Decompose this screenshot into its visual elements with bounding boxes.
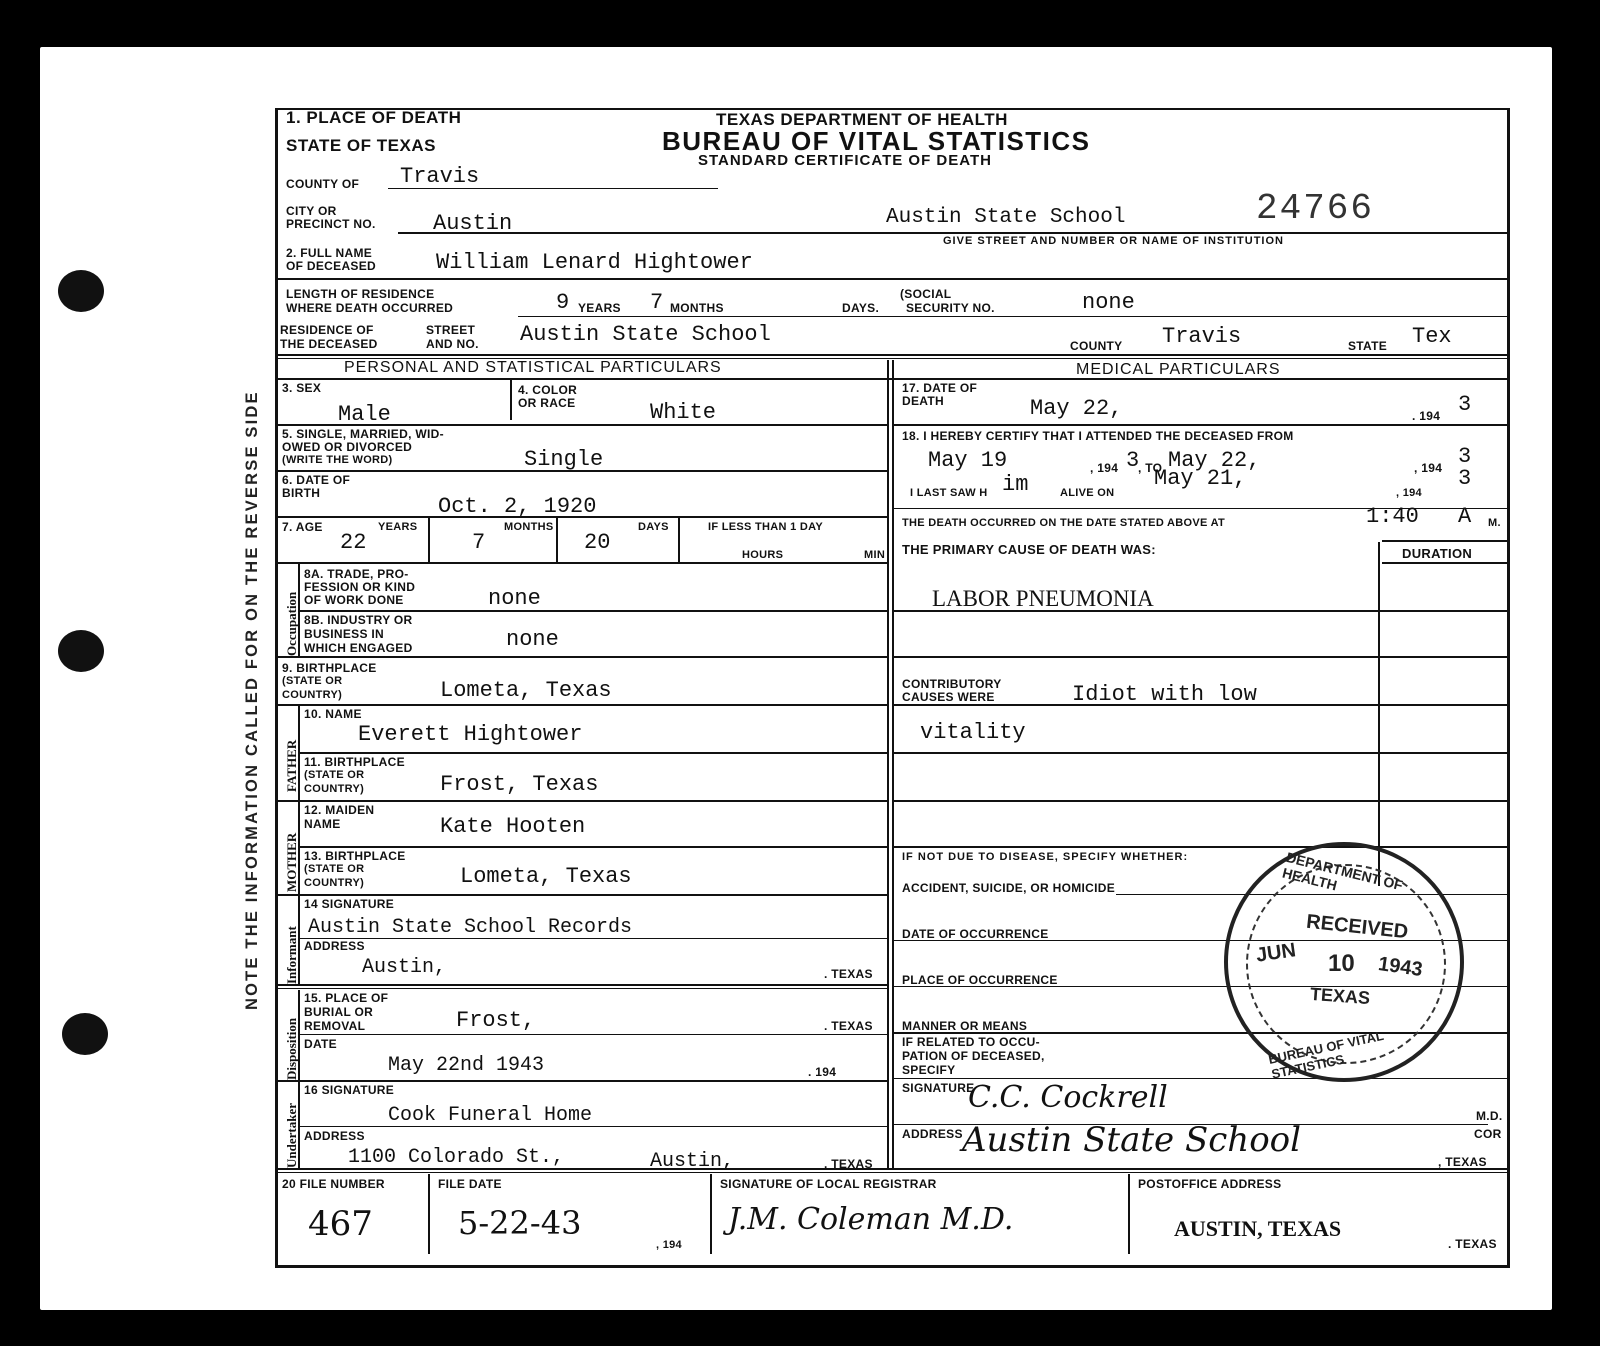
marital-label-3: (WRITE THE WORD) bbox=[282, 455, 393, 466]
mother-birthplace-label-3: COUNTRY) bbox=[304, 878, 364, 889]
mother-birthplace: Lometa, Texas bbox=[460, 864, 632, 889]
primary-cause: LABOR PNEUMONIA bbox=[932, 586, 1154, 612]
accident-label: ACCIDENT, SUICIDE, OR HOMICIDE bbox=[902, 882, 1115, 894]
age-label: 7. AGE bbox=[282, 521, 323, 533]
punch-hole bbox=[58, 630, 104, 672]
industry-label-3: WHICH ENGAGED bbox=[304, 642, 413, 654]
place-of-death-label: 1. PLACE OF DEATH bbox=[286, 108, 461, 128]
institution-value: Austin State School bbox=[886, 206, 1125, 229]
county-value: Travis bbox=[400, 164, 479, 189]
texas-label: . TEXAS bbox=[824, 1020, 873, 1032]
reverse-side-note: NOTE THE INFORMATION CALLED FOR ON THE R… bbox=[243, 390, 262, 1010]
last-saw-date: May 21, bbox=[1154, 466, 1246, 491]
burial-date-label: DATE bbox=[304, 1038, 337, 1050]
age-years: 22 bbox=[340, 530, 366, 555]
cor-label: COR bbox=[1474, 1128, 1502, 1140]
certificate-number: 24766 bbox=[1256, 188, 1374, 229]
trade-label-2: FESSION OR KIND bbox=[304, 581, 415, 593]
registrar-signature-label: SIGNATURE OF LOCAL REGISTRAR bbox=[720, 1178, 937, 1190]
father-birthplace-label-1: 11. BIRTHPLACE bbox=[304, 756, 405, 768]
age-years-label: YEARS bbox=[378, 522, 417, 533]
file-date-suffix: , 194 bbox=[656, 1240, 682, 1251]
deceased-name: William Lenard Hightower bbox=[436, 250, 753, 275]
postoffice-label: POSTOFFICE ADDRESS bbox=[1138, 1178, 1281, 1190]
occurrence-place-label: PLACE OF OCCURRENCE bbox=[902, 974, 1058, 986]
received-stamp: DEPARTMENT OF HEALTH RECEIVED JUN 10 194… bbox=[1224, 842, 1464, 1082]
punch-hole bbox=[58, 270, 104, 312]
age-months-label: MONTHS bbox=[504, 522, 553, 533]
residence-label-1: RESIDENCE OF bbox=[280, 324, 374, 336]
file-number-label: 20 FILE NUMBER bbox=[282, 1178, 385, 1190]
state-label: STATE OF TEXAS bbox=[286, 136, 436, 156]
father-name-label: 10. NAME bbox=[304, 708, 362, 720]
dod-year: 3 bbox=[1458, 392, 1471, 417]
min-label: MIN bbox=[864, 550, 885, 561]
md-label: M.D. bbox=[1476, 1110, 1503, 1122]
race-label-1: 4. COLOR bbox=[518, 384, 577, 396]
race-label-2: OR RACE bbox=[518, 397, 575, 409]
marital-label-2: OWED OR DIVORCED bbox=[282, 441, 412, 453]
primary-cause-label: THE PRIMARY CAUSE OF DEATH WAS: bbox=[902, 544, 1156, 556]
mother-birthplace-label-1: 13. BIRTHPLACE bbox=[304, 850, 406, 862]
less-than-day-label: IF LESS THAN 1 DAY bbox=[708, 522, 823, 533]
dob-label-1: 6. DATE OF bbox=[282, 474, 350, 486]
alive-on-label: ALIVE ON bbox=[1060, 488, 1114, 499]
race-value: White bbox=[650, 400, 716, 425]
manner-label: MANNER OR MEANS bbox=[902, 1020, 1027, 1032]
father-name: Everett Hightower bbox=[358, 722, 582, 747]
last-saw-label: I LAST SAW H bbox=[910, 488, 988, 499]
time-of-death-label: THE DEATH OCCURRED ON THE DATE STATED AB… bbox=[902, 518, 1225, 529]
certify-label: 18. I HEREBY CERTIFY THAT I ATTENDED THE… bbox=[902, 430, 1294, 442]
burial-date: May 22nd 1943 bbox=[388, 1054, 544, 1077]
institution-label: GIVE STREET AND NUMBER OR NAME OF INSTIT… bbox=[943, 236, 1284, 247]
contributory-cause-2: vitality bbox=[920, 720, 1026, 745]
residence-label-2: THE DECEASED bbox=[280, 338, 378, 350]
texas-label: . TEXAS bbox=[824, 968, 873, 980]
file-date: 5-22-43 bbox=[458, 1204, 581, 1242]
occurrence-date-label: DATE OF OCCURRENCE bbox=[902, 928, 1049, 940]
undertaker-address-label: ADDRESS bbox=[304, 1130, 365, 1142]
residence-county: Travis bbox=[1162, 324, 1241, 349]
father-birthplace-label-2: (STATE OR bbox=[304, 770, 364, 781]
occupation-related-label-3: SPECIFY bbox=[902, 1064, 955, 1076]
father-birthplace-label-3: COUNTRY) bbox=[304, 784, 364, 795]
occupation-related-label-1: IF RELATED TO OCCU- bbox=[902, 1036, 1040, 1048]
dod-label-2: DEATH bbox=[902, 395, 944, 407]
informant-value: Austin State School Records bbox=[308, 916, 632, 939]
industry-label-2: BUSINESS IN bbox=[304, 628, 384, 640]
physician-signature-label: SIGNATURE bbox=[902, 1082, 974, 1094]
residence-state: Tex bbox=[1412, 324, 1452, 349]
attended-from: May 19 bbox=[928, 448, 1007, 473]
medical-heading: MEDICAL PARTICULARS bbox=[1076, 361, 1281, 379]
sex-label: 3. SEX bbox=[282, 382, 321, 394]
residence-state-label: STATE bbox=[1348, 340, 1387, 352]
full-name-label-2: OF DECEASED bbox=[286, 260, 376, 272]
hours-label: HOURS bbox=[742, 550, 783, 561]
age-months: 7 bbox=[472, 530, 485, 555]
punch-hole bbox=[62, 1013, 108, 1055]
residence-county-label: COUNTY bbox=[1070, 340, 1122, 352]
age-days: 20 bbox=[584, 530, 610, 555]
certificate-title: STANDARD CERTIFICATE OF DEATH bbox=[698, 152, 992, 169]
texas-label: . TEXAS bbox=[1448, 1238, 1497, 1250]
industry-label-1: 8B. INDUSTRY OR bbox=[304, 614, 413, 626]
registrar-signature: J.M. Coleman M.D. bbox=[728, 1202, 1013, 1237]
informant-signature-label: 14 SIGNATURE bbox=[304, 898, 394, 910]
burial-label-2: BURIAL OR bbox=[304, 1006, 373, 1018]
ssn-value: none bbox=[1082, 290, 1135, 315]
days-label: DAYS. bbox=[842, 302, 879, 314]
trade-value: none bbox=[488, 586, 541, 611]
residence-length-label-2: WHERE DEATH OCCURRED bbox=[286, 302, 453, 314]
undertaker-signature-label: 16 SIGNATURE bbox=[304, 1084, 394, 1096]
city-label-1: CITY OR bbox=[286, 205, 337, 217]
years-label: YEARS bbox=[578, 302, 621, 314]
stamp-day: 10 bbox=[1328, 950, 1355, 978]
residence-years: 9 bbox=[556, 290, 569, 315]
time-of-death: 1:40 bbox=[1366, 504, 1419, 529]
birthplace-label-3: COUNTRY) bbox=[282, 690, 342, 701]
last-saw-year-prefix: , 194 bbox=[1396, 488, 1422, 499]
dob-label-2: BIRTH bbox=[282, 487, 320, 499]
ssn-label-2: SECURITY NO. bbox=[906, 302, 995, 314]
last-saw-year: 3 bbox=[1458, 466, 1471, 491]
stamp-state: TEXAS bbox=[1309, 984, 1370, 1009]
from-year-prefix: , 194 bbox=[1090, 462, 1118, 474]
industry-value: none bbox=[506, 627, 559, 652]
undertaker-address: 1100 Colorado St., bbox=[348, 1146, 564, 1169]
year-prefix: . 194 bbox=[808, 1066, 836, 1078]
file-date-label: FILE DATE bbox=[438, 1178, 502, 1190]
physician-address: Austin State School bbox=[962, 1120, 1301, 1160]
residence-months: 7 bbox=[650, 290, 663, 315]
informant-address-label: ADDRESS bbox=[304, 940, 365, 952]
dod-label-1: 17. DATE OF bbox=[902, 382, 977, 394]
marital-value: Single bbox=[524, 447, 603, 472]
mother-name-label-1: 12. MAIDEN bbox=[304, 804, 374, 816]
file-number: 467 bbox=[308, 1204, 373, 1244]
dod-value: May 22, bbox=[1030, 396, 1122, 421]
contributory-label-1: CONTRIBUTORY bbox=[902, 678, 1002, 690]
residence-street: Austin State School bbox=[520, 322, 771, 347]
burial-label-1: 15. PLACE OF bbox=[304, 992, 388, 1004]
city-label-2: PRECINCT NO. bbox=[286, 218, 376, 230]
informant-address: Austin, bbox=[362, 956, 446, 979]
months-label: MONTHS bbox=[670, 302, 724, 314]
father-birthplace: Frost, Texas bbox=[440, 772, 598, 797]
death-certificate-form: 1. PLACE OF DEATH STATE OF TEXAS TEXAS D… bbox=[275, 108, 1510, 1268]
personal-heading: PERSONAL AND STATISTICAL PARTICULARS bbox=[344, 359, 722, 377]
full-name-label-1: 2. FULL NAME bbox=[286, 247, 372, 259]
physician-signature: C.C. Cockrell bbox=[968, 1080, 1168, 1115]
trade-label-3: OF WORK DONE bbox=[304, 594, 404, 606]
duration-label: DURATION bbox=[1402, 548, 1472, 560]
ampm-value: A bbox=[1458, 504, 1471, 529]
ssn-label-1: (SOCIAL bbox=[900, 288, 951, 300]
birthplace-value: Lometa, Texas bbox=[440, 678, 612, 703]
occupation-related-label-2: PATION OF DECEASED, bbox=[902, 1050, 1045, 1062]
dod-year-prefix: . 194 bbox=[1412, 410, 1440, 422]
m-label: M. bbox=[1488, 518, 1501, 529]
mother-birthplace-label-2: (STATE OR bbox=[304, 864, 364, 875]
mother-name: Kate Hooten bbox=[440, 814, 585, 839]
not-disease-label: IF NOT DUE TO DISEASE, SPECIFY WHETHER: bbox=[902, 852, 1188, 863]
physician-address-label: ADDRESS bbox=[902, 1128, 963, 1140]
trade-label-1: 8A. TRADE, PRO- bbox=[304, 568, 409, 580]
burial-place: Frost, bbox=[456, 1008, 535, 1033]
street-label-1: STREET bbox=[426, 324, 475, 336]
residence-length-label-1: LENGTH OF RESIDENCE bbox=[286, 288, 434, 300]
birthplace-label-2: (STATE OR bbox=[282, 676, 342, 687]
marital-label-1: 5. SINGLE, MARRIED, WID- bbox=[282, 428, 444, 440]
last-saw-pronoun: im bbox=[1002, 472, 1028, 497]
undertaker-value: Cook Funeral Home bbox=[388, 1104, 592, 1127]
age-days-label: DAYS bbox=[638, 522, 669, 533]
birthplace-label-1: 9. BIRTHPLACE bbox=[282, 662, 377, 674]
street-label-2: AND NO. bbox=[426, 338, 479, 350]
county-of-label: COUNTY OF bbox=[286, 178, 359, 190]
to-year-prefix: , 194 bbox=[1414, 462, 1442, 474]
postoffice-value: AUSTIN, TEXAS bbox=[1174, 1216, 1341, 1242]
mother-name-label-2: NAME bbox=[304, 818, 341, 830]
burial-label-3: REMOVAL bbox=[304, 1020, 365, 1032]
contributory-label-2: CAUSES WERE bbox=[902, 691, 995, 703]
texas-label: , TEXAS bbox=[1438, 1156, 1487, 1168]
